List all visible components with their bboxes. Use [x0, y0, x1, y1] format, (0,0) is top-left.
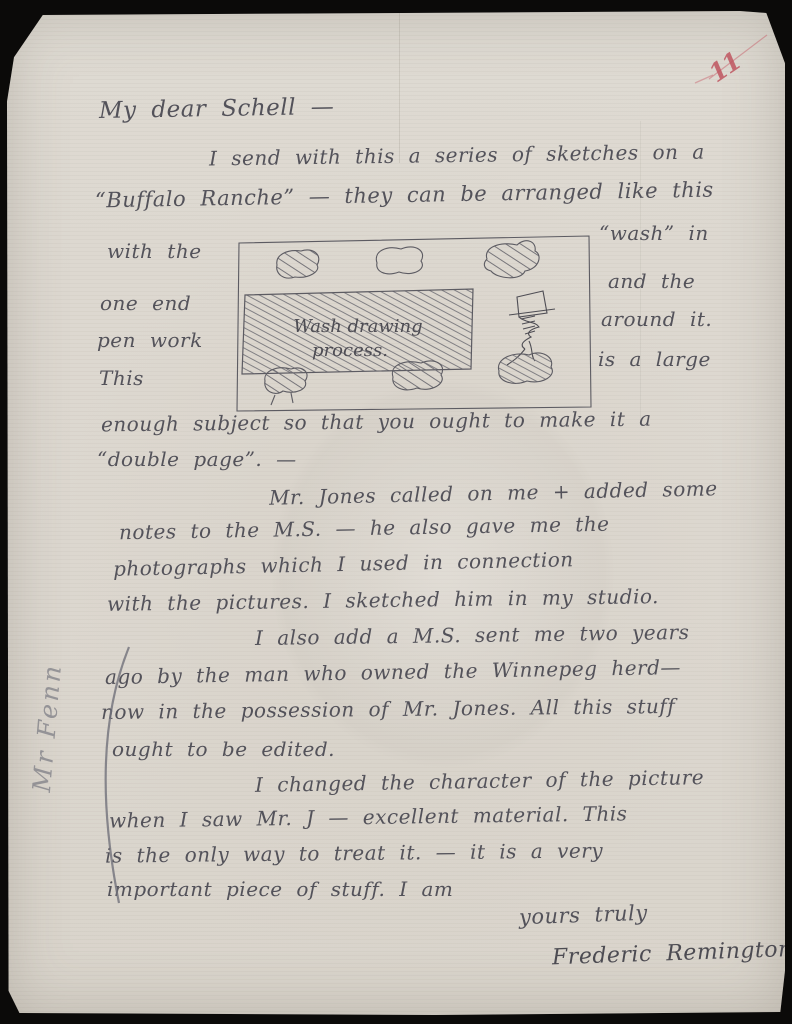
layout-sketch: Wash drawing process. — [225, 219, 603, 424]
sketch-blob — [498, 353, 552, 383]
letter-line: I also add a M.S. sent me two years — [255, 620, 690, 650]
fold-crease-top — [399, 13, 400, 163]
sketch-left-note: pen work — [97, 328, 203, 352]
sketch-left-note: This — [99, 366, 144, 390]
letter-paper: My dear Schell — I send with this a seri… — [7, 11, 785, 1016]
sketch-right-note: is a large — [598, 347, 711, 371]
letter-line: ago by the man who owned the Winnepeg he… — [105, 655, 681, 689]
sketch-label-line2: process. — [312, 340, 388, 361]
scanned-letter-page: { "letter": { "page_annotation": "11", "… — [0, 0, 792, 1024]
sketch-blob — [265, 368, 307, 405]
sketch-label-line1: Wash drawing — [293, 316, 422, 337]
salutation: My dear Schell — — [99, 94, 335, 124]
sketch-left-note: one end — [100, 291, 191, 315]
sketch-blob — [392, 361, 442, 390]
page-number-annotation: 11 — [704, 47, 746, 88]
letter-line: I changed the character of the picture — [255, 765, 705, 797]
sketch-blob — [277, 250, 319, 278]
letter-line: now in the possession of Mr. Jones. All … — [101, 694, 675, 724]
sketch-right-note: “wash” in — [599, 221, 709, 245]
sketch-blob — [484, 241, 539, 278]
letter-line: when I saw Mr. J — excellent material. T… — [109, 801, 628, 832]
letter-line: Mr. Jones called on me + added some — [269, 476, 718, 509]
signature: Frederic Remington. — [552, 937, 792, 971]
letter-line: enough subject so that you ought to make… — [101, 406, 751, 437]
red-pencil-tail — [695, 75, 713, 83]
sketch-blob-outline — [376, 247, 422, 274]
sketch-right-note: and the — [608, 269, 695, 293]
letter-line: notes to the M.S. — he also gave me the — [119, 512, 610, 545]
sketch-right-note: around it. — [601, 307, 712, 331]
sketch-left-note: with the — [107, 239, 202, 263]
letter-line: with the pictures. I sketched him in my … — [107, 584, 659, 616]
letter-line: ought to be edited. — [112, 737, 335, 761]
closing: yours truly — [519, 901, 648, 929]
letter-line: important piece of stuff. I am — [107, 877, 453, 901]
letter-line: “Buffalo Ranche” — they can be arranged … — [95, 178, 714, 213]
letter-line: photographs which I used in connection — [113, 547, 574, 581]
letter-line: I send with this a series of sketches on… — [209, 140, 705, 171]
letter-line: “double page”. — — [97, 447, 297, 471]
margin-note-vertical: Mr Fenn — [22, 602, 73, 854]
letter-line: is the only way to treat it. — it is a v… — [105, 838, 603, 867]
